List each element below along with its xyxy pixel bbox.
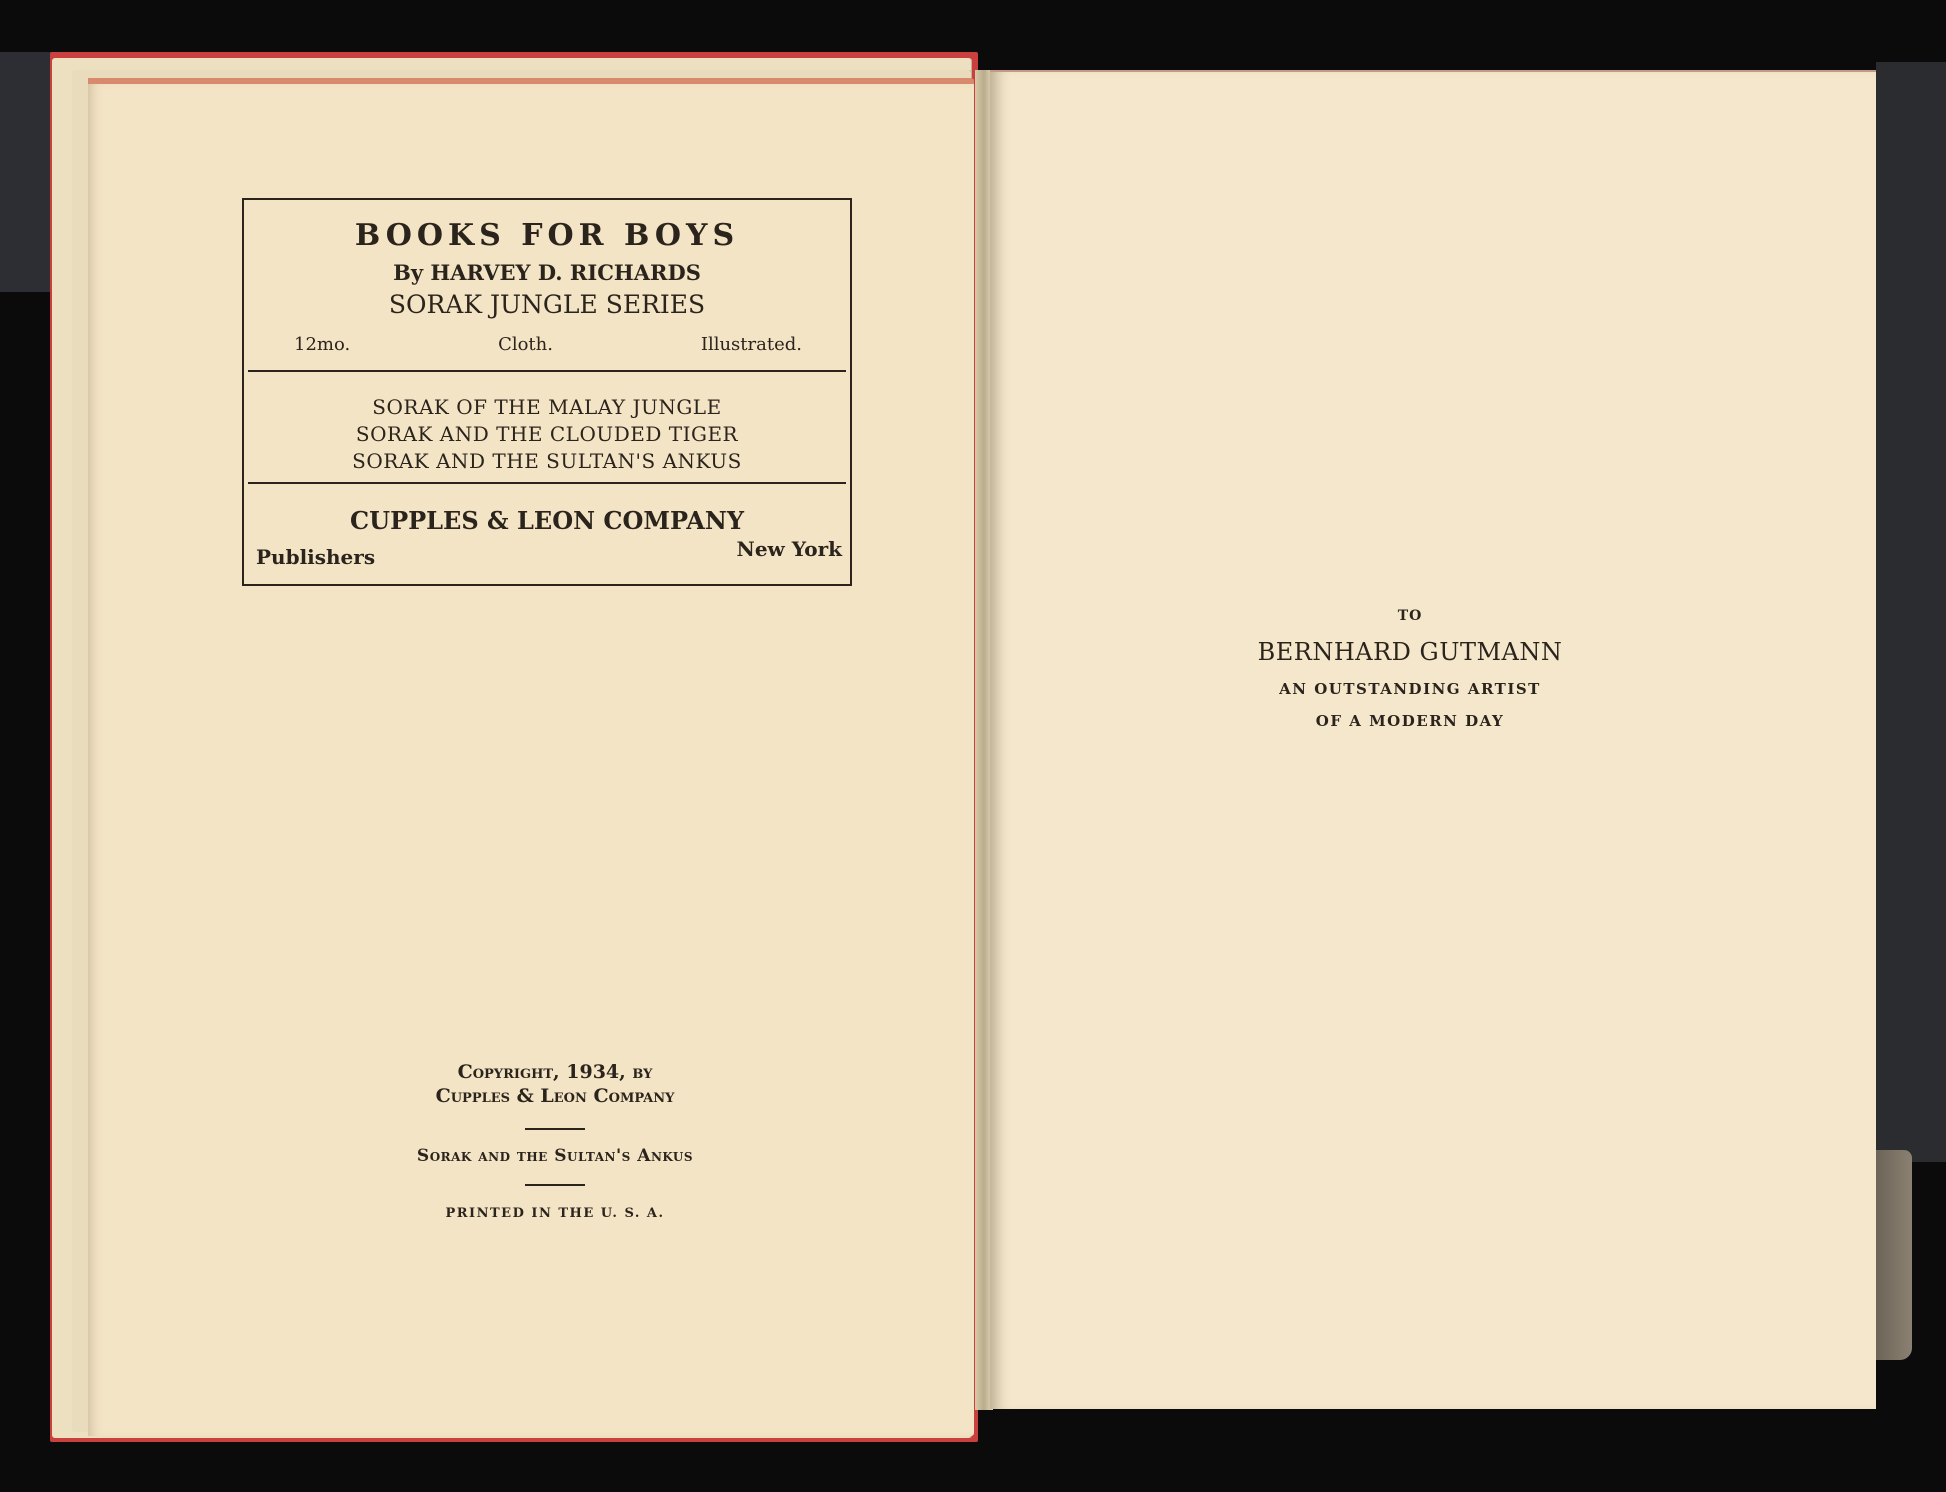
ad-author: By HARVEY D. RICHARDS: [244, 260, 850, 285]
right-page: [990, 70, 1876, 1409]
ad-title-list: SORAK OF THE MALAY JUNGLE SORAK AND THE …: [244, 394, 850, 475]
copyright-book-title: Sorak and the Sultan's Ankus: [355, 1146, 755, 1166]
ad-series-name: SORAK JUNGLE SERIES: [244, 290, 850, 319]
dedication-to: TO: [1210, 608, 1610, 624]
copyright-divider: [525, 1184, 585, 1186]
copyright-block: Copyright, 1934, by Cupples & Leon Compa…: [355, 1060, 755, 1221]
ad-publisher-city: New York: [737, 537, 842, 569]
page-block-edge: [1876, 1150, 1912, 1360]
printed-in-usa: PRINTED IN THE U. S. A.: [355, 1206, 755, 1221]
ad-divider: [248, 482, 846, 484]
dedication-line: OF A MODERN DAY: [1210, 712, 1610, 730]
ad-publisher-label: Publishers: [256, 545, 375, 569]
ad-illustration: Illustrated.: [701, 334, 802, 355]
dedication-block: TO BERNHARD GUTMANN AN OUTSTANDING ARTIS…: [1210, 608, 1610, 730]
ad-title-item: SORAK AND THE SULTAN'S ANKUS: [244, 448, 850, 475]
ad-format: 12mo.: [294, 334, 350, 355]
dedication-line: AN OUTSTANDING ARTIST: [1210, 680, 1610, 698]
ad-publisher-row: Publishers New York: [256, 537, 842, 569]
ad-specs-row: 12mo. Cloth. Illustrated.: [294, 334, 802, 355]
dedication-name: BERNHARD GUTMANN: [1210, 638, 1610, 666]
series-advertisement-box: BOOKS FOR BOYS By HARVEY D. RICHARDS SOR…: [242, 198, 852, 586]
ad-divider: [248, 370, 846, 372]
ad-title-item: SORAK AND THE CLOUDED TIGER: [244, 421, 850, 448]
copyright-line: Copyright, 1934, by: [355, 1060, 755, 1084]
ad-binding: Cloth.: [498, 334, 553, 355]
ad-title-item: SORAK OF THE MALAY JUNGLE: [244, 394, 850, 421]
ad-publisher: CUPPLES & LEON COMPANY: [244, 506, 850, 535]
scanner-shadow-right: [1876, 62, 1946, 1162]
scanner-shadow-left: [0, 52, 52, 292]
copyright-divider: [525, 1128, 585, 1130]
ad-title: BOOKS FOR BOYS: [244, 218, 850, 253]
copyright-holder: Cupples & Leon Company: [355, 1084, 755, 1108]
